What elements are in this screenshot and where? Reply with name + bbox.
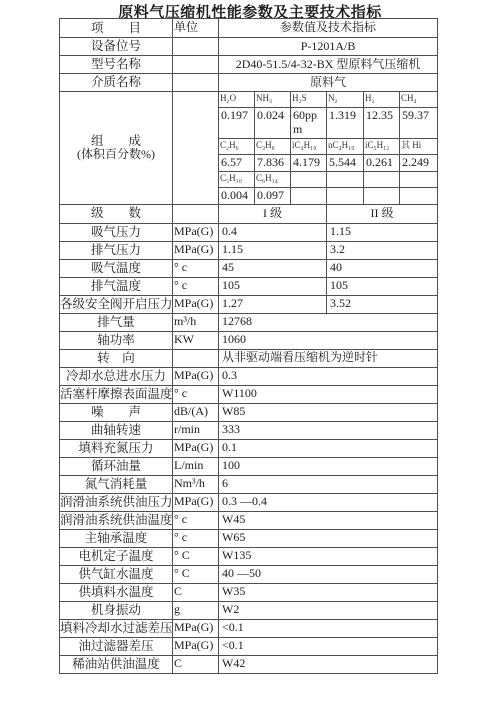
composition-value: 0.261 [364, 154, 400, 171]
row-value: W2 [219, 601, 438, 619]
composition-value: 12.35 [364, 108, 400, 139]
row-unit: MPa(G) [173, 223, 219, 241]
table-row: 活塞杆摩擦表面温度° cW1100 [60, 385, 438, 403]
table-row: 填料充氮压力MPa(G)0.1 [60, 439, 438, 457]
row-label: 氮气消耗量 [60, 475, 173, 493]
composition-value [400, 187, 438, 204]
composition-label-line2: (体积百分数%) [60, 148, 172, 162]
row-label: 介质名称 [60, 74, 173, 92]
table-row: 级 数I 级II 级 [60, 204, 438, 223]
table-row: 填料冷却水过滤差压MPa(G)<0.1 [60, 619, 438, 637]
table-row: 稀油站供油温度CW42 [60, 655, 438, 673]
row-unit: ° C [173, 547, 219, 565]
stage-2-header: II 级 [327, 204, 438, 223]
row-label: 稀油站供油温度 [60, 655, 173, 673]
stage-2-value: 3.2 [327, 241, 438, 259]
row-label: 轴功率 [60, 331, 173, 349]
table-row: 设备位号P-1201A/B [60, 38, 438, 56]
table-row: 氮气消耗量Nm³/h6 [60, 475, 438, 493]
row-unit [173, 349, 219, 367]
col-header-unit: 单位 [173, 19, 219, 38]
row-unit: MPa(G) [173, 367, 219, 385]
row-value: <0.1 [219, 619, 438, 637]
composition-value: 1.319 [327, 108, 364, 139]
table-row: 各级安全阀开启压力MPa(G)1.273.52 [60, 295, 438, 313]
row-unit: MPa(G) [173, 241, 219, 259]
composition-value: 59.37 [400, 108, 438, 139]
row-unit: MPa(G) [173, 619, 219, 637]
composition-formula: H₂S [291, 92, 327, 108]
row-unit: MPa(G) [173, 295, 219, 313]
row-label: 润滑油系统供油压力 [60, 493, 173, 511]
spec-table: 项 目单位参数值及技术指标设备位号P-1201A/B型号名称2D40-51.5/… [59, 18, 438, 674]
row-unit: MPa(G) [173, 493, 219, 511]
row-value: P-1201A/B [219, 38, 438, 56]
composition-value [364, 187, 400, 204]
row-unit: MPa(G) [173, 637, 219, 655]
row-label: 噪 声 [60, 403, 173, 421]
row-value: <0.1 [219, 637, 438, 655]
composition-value: 60ppm [291, 108, 327, 139]
row-unit: MPa(G) [173, 439, 219, 457]
table-row: 型号名称2D40-51.5/4-32-BX 型原料气压缩机 [60, 56, 438, 74]
table-row: 循环油量L/min100 [60, 457, 438, 475]
row-unit: ° c [173, 511, 219, 529]
table-row: 供气缸水温度° C40 —50 [60, 565, 438, 583]
row-value: 0.1 [219, 439, 438, 457]
composition-formula: H₂ [364, 92, 400, 108]
row-label: 各级安全阀开启压力 [60, 295, 173, 313]
table-row: 油过滤器差压MPa(G)<0.1 [60, 637, 438, 655]
row-unit: m³/h [173, 313, 219, 331]
row-unit: ° c [173, 277, 219, 295]
row-label: 设备位号 [60, 38, 173, 56]
stage-2-value: 105 [327, 277, 438, 295]
row-value: 6 [219, 475, 438, 493]
stage-2-value: 40 [327, 259, 438, 277]
composition-formula: iC₄H₁₀ [291, 138, 327, 154]
composition-value [327, 187, 364, 204]
row-label: 吸气温度 [60, 259, 173, 277]
row-value: 0.3 —0.4 [219, 493, 438, 511]
composition-formula [327, 171, 364, 187]
table-row: 主轴承温度° cW65 [60, 529, 438, 547]
col-header-item: 项 目 [60, 19, 173, 38]
row-label: 油过滤器差压 [60, 637, 173, 655]
composition-value: 2.249 [400, 154, 438, 171]
table-row: 轴功率KW1060 [60, 331, 438, 349]
row-label: 循环油量 [60, 457, 173, 475]
table-row: 噪 声dB/(A)W85 [60, 403, 438, 421]
row-value: W135 [219, 547, 438, 565]
row-label: 填料冷却水过滤差压 [60, 619, 173, 637]
row-label: 排气温度 [60, 277, 173, 295]
row-label: 冷却水总进水压力 [60, 367, 173, 385]
composition-value: 0.197 [219, 108, 255, 139]
row-unit [173, 38, 219, 56]
composition-value: 5.544 [327, 154, 364, 171]
table-row: 转 向从非驱动端看压缩机为逆时针 [60, 349, 438, 367]
row-value: W85 [219, 403, 438, 421]
stage-header-label: 级 数 [60, 204, 173, 223]
composition-formula [364, 171, 400, 187]
row-value: W42 [219, 655, 438, 673]
stage-1-value: 0.4 [219, 223, 327, 241]
composition-formula: C₃H₈ [255, 138, 291, 154]
row-label: 转 向 [60, 349, 173, 367]
stage-header-unit [173, 204, 219, 223]
row-unit: ° c [173, 259, 219, 277]
table-row: 吸气温度° c4540 [60, 259, 438, 277]
composition-value: 0.097 [255, 187, 291, 204]
row-unit: C [173, 655, 219, 673]
row-label: 供气缸水温度 [60, 565, 173, 583]
stage-2-value: 1.15 [327, 223, 438, 241]
row-label: 排气量 [60, 313, 173, 331]
table-row: 曲轴转速r/min333 [60, 421, 438, 439]
composition-formula: iC₅H₁₂ [364, 138, 400, 154]
row-unit [173, 74, 219, 92]
row-value: W45 [219, 511, 438, 529]
composition-formula [291, 171, 327, 187]
row-unit: C [173, 583, 219, 601]
stage-1-value: 1.27 [219, 295, 327, 313]
composition-formula: 其 Hi [400, 138, 438, 154]
row-label: 吸气压力 [60, 223, 173, 241]
composition-value: 0.004 [219, 187, 255, 204]
composition-unit-cell [173, 92, 219, 205]
table-row: 吸气压力MPa(G)0.41.15 [60, 223, 438, 241]
row-label: 排气压力 [60, 241, 173, 259]
composition-value: 0.024 [255, 108, 291, 139]
row-value: 2D40-51.5/4-32-BX 型原料气压缩机 [219, 56, 438, 74]
row-label: 曲轴转速 [60, 421, 173, 439]
table-body: 项 目单位参数值及技术指标设备位号P-1201A/B型号名称2D40-51.5/… [60, 19, 438, 674]
composition-formula: C₅H₁₀ [219, 171, 255, 187]
table-row: 组 成(体积百分数%)H₂ONH₃H₂SN₂H₂CH₄ [60, 92, 438, 108]
composition-value: 7.836 [255, 154, 291, 171]
row-unit: Nm³/h [173, 475, 219, 493]
composition-formula [400, 171, 438, 187]
row-unit: KW [173, 331, 219, 349]
composition-formula: N₂ [327, 92, 364, 108]
col-header-value: 参数值及技术指标 [219, 19, 438, 38]
row-unit: ° c [173, 529, 219, 547]
composition-formula: NH₃ [255, 92, 291, 108]
table-row: 电机定子温度° CW135 [60, 547, 438, 565]
row-unit: r/min [173, 421, 219, 439]
row-value: 1060 [219, 331, 438, 349]
table-row: 供填料水温度CW35 [60, 583, 438, 601]
row-value: 从非驱动端看压缩机为逆时针 [219, 349, 438, 367]
row-label: 润滑油系统供油温度 [60, 511, 173, 529]
table-row: 润滑油系统供油温度° cW45 [60, 511, 438, 529]
row-unit: g [173, 601, 219, 619]
row-value: W1100 [219, 385, 438, 403]
row-label: 填料充氮压力 [60, 439, 173, 457]
table-row: 排气压力MPa(G)1.153.2 [60, 241, 438, 259]
stage-1-value: 1.15 [219, 241, 327, 259]
row-unit: ° c [173, 385, 219, 403]
composition-label: 组 成(体积百分数%) [60, 92, 173, 205]
composition-value: 4.179 [291, 154, 327, 171]
composition-value [291, 187, 327, 204]
row-label: 机身振动 [60, 601, 173, 619]
row-unit: dB/(A) [173, 403, 219, 421]
stage-2-value: 3.52 [327, 295, 438, 313]
table-row: 排气温度° c105105 [60, 277, 438, 295]
row-label: 供填料水温度 [60, 583, 173, 601]
row-value: W35 [219, 583, 438, 601]
composition-formula: nC₄H₁₀ [327, 138, 364, 154]
row-value: 0.3 [219, 367, 438, 385]
row-value: 333 [219, 421, 438, 439]
composition-value: 6.57 [219, 154, 255, 171]
row-label: 型号名称 [60, 56, 173, 74]
table-row: 排气量m³/h12768 [60, 313, 438, 331]
row-label: 电机定子温度 [60, 547, 173, 565]
composition-formula: CH₄ [400, 92, 438, 108]
stage-1-header: I 级 [219, 204, 327, 223]
row-unit: ° C [173, 565, 219, 583]
table-row: 项 目单位参数值及技术指标 [60, 19, 438, 38]
row-unit [173, 56, 219, 74]
table-row: 介质名称原料气 [60, 74, 438, 92]
composition-formula: C₂H₆ [219, 138, 255, 154]
table-row: 机身振动gW2 [60, 601, 438, 619]
composition-label-line1: 组 成 [60, 134, 172, 148]
composition-formula: H₂O [219, 92, 255, 108]
stage-1-value: 105 [219, 277, 327, 295]
table-row: 润滑油系统供油压力MPa(G)0.3 —0.4 [60, 493, 438, 511]
table-row: 冷却水总进水压力MPa(G)0.3 [60, 367, 438, 385]
row-value: 100 [219, 457, 438, 475]
row-label: 主轴承温度 [60, 529, 173, 547]
document-page: 原料气压缩机性能参数及主要技术指标 项 目单位参数值及技术指标设备位号P-120… [0, 0, 500, 707]
row-unit: L/min [173, 457, 219, 475]
row-label: 活塞杆摩擦表面温度 [60, 385, 173, 403]
row-value: 原料气 [219, 74, 438, 92]
row-value: W65 [219, 529, 438, 547]
row-value: 40 —50 [219, 565, 438, 583]
row-value: 12768 [219, 313, 438, 331]
stage-1-value: 45 [219, 259, 327, 277]
composition-formula: C₆H₁₄ [255, 171, 291, 187]
